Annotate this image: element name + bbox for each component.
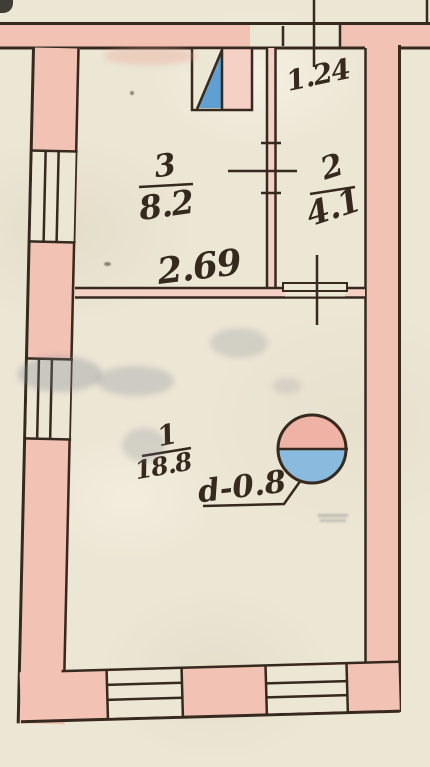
floorplan-drawing	[0, 0, 430, 767]
door-threshold	[283, 283, 347, 291]
window-jamb	[107, 670, 108, 719]
window-glass	[26, 358, 71, 439]
top-wall-opening	[250, 25, 340, 47]
window-bottom-line	[24, 438, 71, 439]
bottom-wall	[20, 662, 400, 723]
right-wall-fill	[365, 45, 400, 713]
well-bottom-half	[278, 449, 346, 483]
top-wall-fill	[0, 23, 430, 48]
left-window-lower	[24, 358, 73, 439]
window-glass	[107, 669, 183, 718]
right-wall	[365, 45, 400, 713]
window-jamb	[182, 668, 183, 717]
bottom-window-left	[107, 668, 183, 720]
ink-speck	[104, 262, 111, 266]
room3-area-label: 8.2	[136, 182, 195, 228]
window-glass	[266, 665, 348, 714]
bottom-window-right	[266, 663, 348, 715]
window-glass	[31, 150, 76, 242]
window-top-line	[26, 358, 73, 359]
ink-speck	[130, 91, 134, 95]
window-bottom-line	[29, 241, 76, 242]
window-jamb	[346, 663, 347, 712]
left-window-upper	[29, 150, 78, 242]
window-top-line	[31, 150, 78, 151]
well-top-half	[278, 415, 346, 449]
floor-plan-sheet: 1.24 3 8.2 2 4.1 2.69 1 18.8 d-0.8	[0, 0, 430, 767]
window-jamb	[266, 665, 267, 714]
left-wall	[18, 47, 80, 724]
flue-cell-right	[222, 48, 252, 110]
flue-block	[192, 48, 252, 110]
